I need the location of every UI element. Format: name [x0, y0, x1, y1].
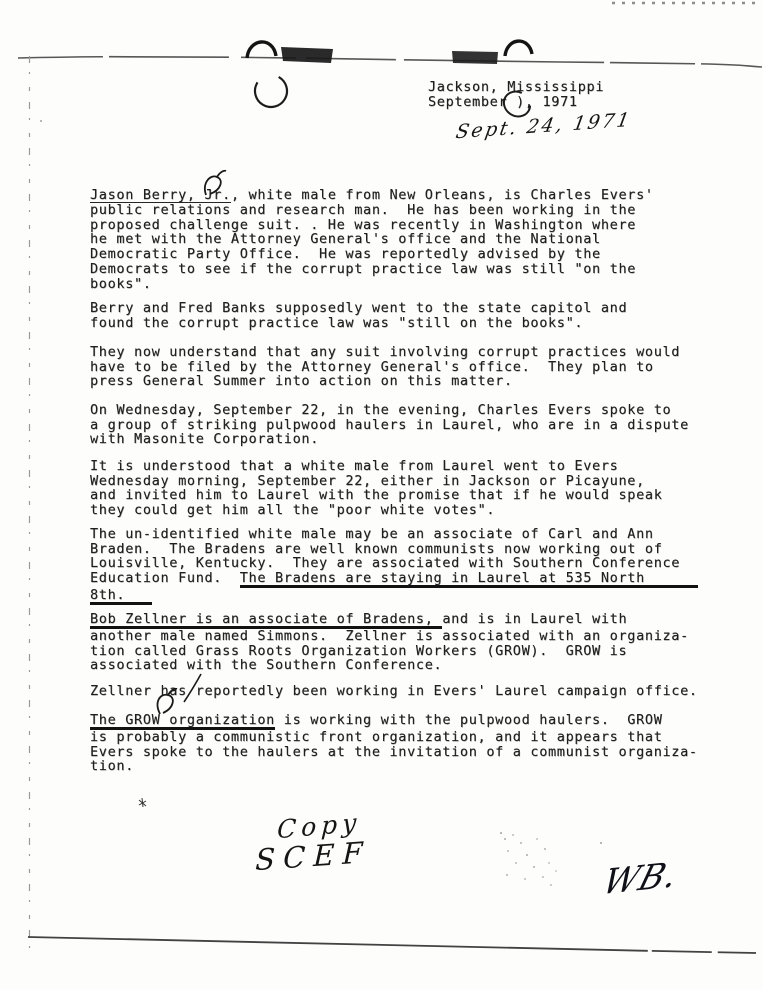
- circle-mark-icon: [249, 69, 293, 113]
- punch-arc-left-icon: [247, 42, 276, 58]
- top-paper-edge-line: [18, 57, 762, 67]
- noise-speckle-cluster: [500, 832, 502, 834]
- grow-flourish-mark-icon: [158, 689, 177, 714]
- scanned-document-page: Jackson, Mississippi September ), 1971 S…: [0, 0, 763, 990]
- asterisk-speck-icon: [139, 798, 146, 807]
- noise-speckle-cluster: [600, 842, 602, 844]
- punch-arc-right-icon: [505, 41, 532, 56]
- bottom-paper-edge-line: [28, 937, 756, 953]
- noise-speckle-cluster: [40, 120, 42, 122]
- ink-blob-right: [452, 51, 498, 64]
- date-loop-mark-icon: [499, 87, 535, 122]
- jr-flourish-mark-icon: [205, 171, 226, 195]
- scan-artifacts-layer: [0, 0, 763, 990]
- ink-blob-left: [281, 47, 333, 63]
- slash-mark-icon: [184, 674, 201, 702]
